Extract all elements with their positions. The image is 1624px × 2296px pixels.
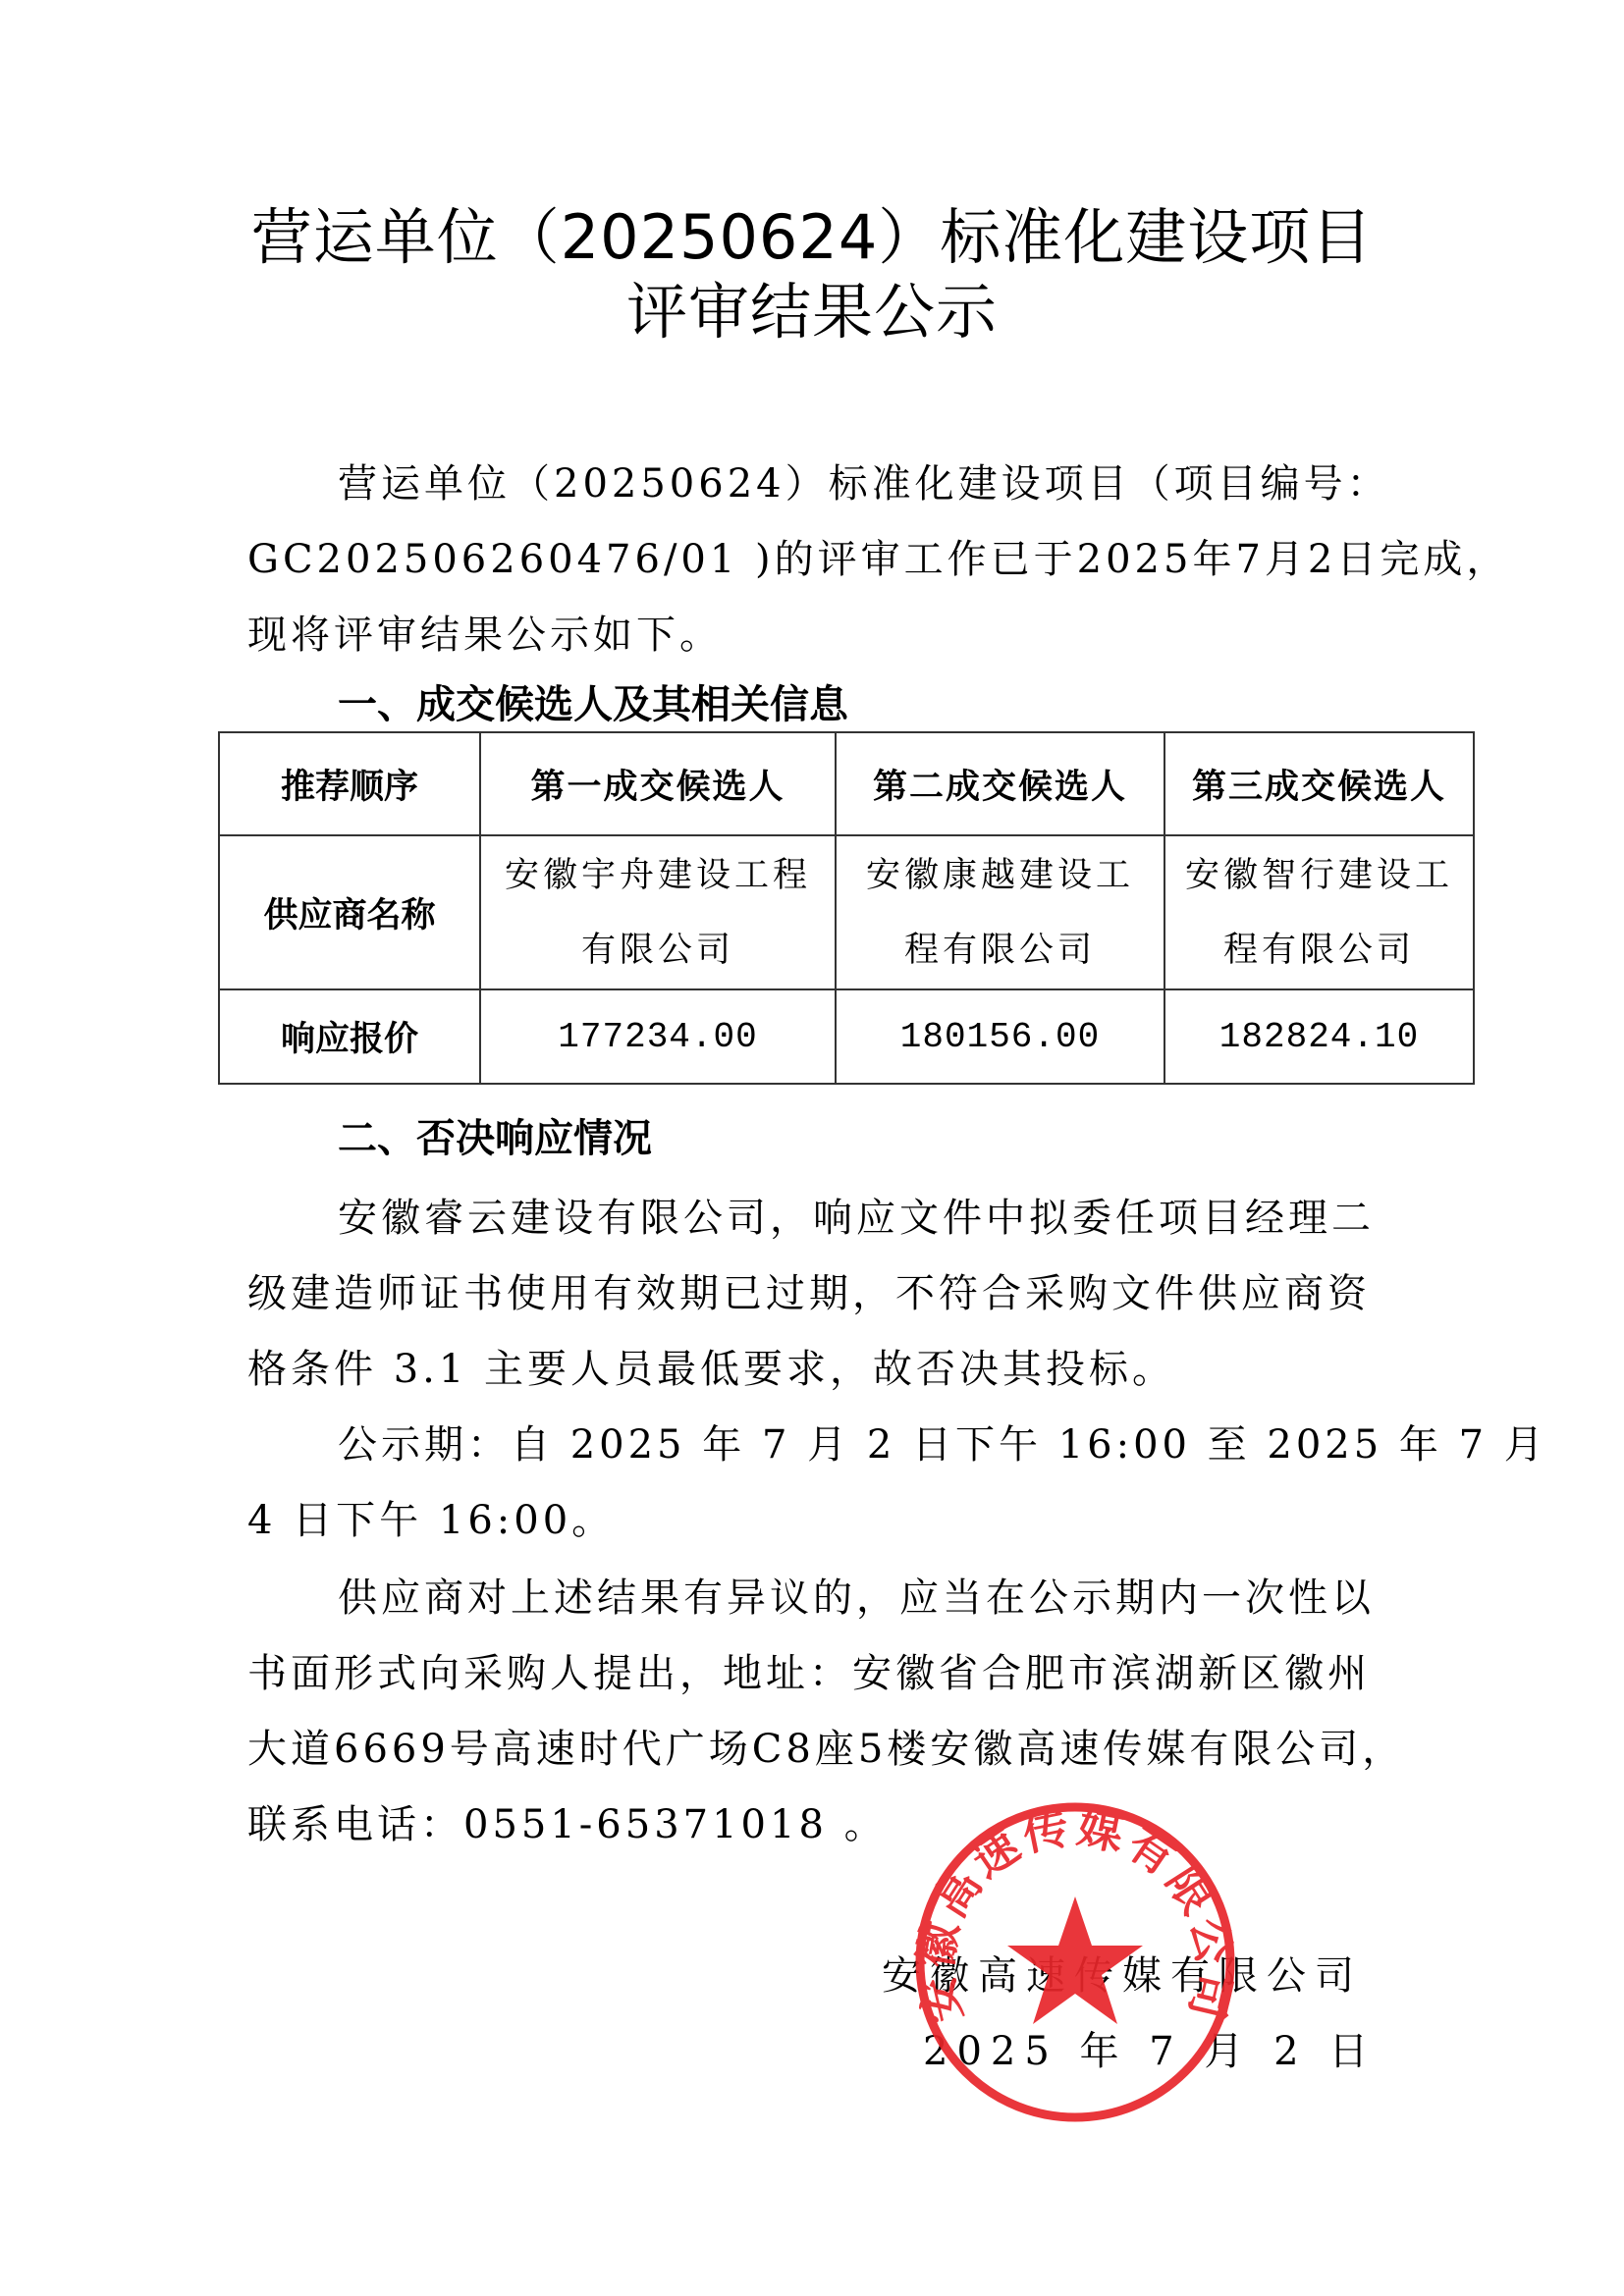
column-header-third: 第三成交候选人 [1164, 732, 1474, 835]
rejection-paragraph: 安徽睿云建设有限公司，响应文件中拟委任项目经理二 级建造师证书使用有效期已过期，… [247, 1181, 1386, 1408]
table-row-price: 响应报价 177234.00 180156.00 182824.10 [219, 989, 1474, 1084]
rejection-line: 级建造师证书使用有效期已过期，不符合采购文件供应商资 [247, 1256, 1386, 1332]
price-third: 182824.10 [1164, 989, 1474, 1084]
table-row-order: 推荐顺序 第一成交候选人 第二成交候选人 第三成交候选人 [219, 732, 1474, 835]
supplier-name-first: 安徽宇舟建设工程 有限公司 [480, 835, 836, 989]
period-line: 4 日下午 16:00。 [247, 1483, 1386, 1559]
period-line: 公示期：自 2025 年 7 月 2 日下午 16:00 至 2025 年 7 … [247, 1408, 1386, 1483]
supplier-name-line: 安徽智行建设工 [1165, 838, 1473, 913]
publicity-period-paragraph: 公示期：自 2025 年 7 月 2 日下午 16:00 至 2025 年 7 … [247, 1408, 1386, 1559]
supplier-name-line: 安徽康越建设工 [837, 838, 1164, 913]
supplier-name-line: 程有限公司 [837, 913, 1164, 988]
candidates-table: 推荐顺序 第一成交候选人 第二成交候选人 第三成交候选人 供应商名称 安徽宇舟建… [218, 731, 1475, 1085]
row-label-supplier: 供应商名称 [219, 835, 480, 989]
intro-line: 营运单位（20250624）标准化建设项目（项目编号： [247, 447, 1386, 522]
supplier-name-second: 安徽康越建设工 程有限公司 [836, 835, 1164, 989]
company-seal: 安徽高速传媒有限公司 [911, 1798, 1239, 2126]
supplier-name-third: 安徽智行建设工 程有限公司 [1164, 835, 1474, 989]
row-label-price: 响应报价 [219, 989, 480, 1084]
section2-heading: 二、否决响应情况 [338, 1109, 652, 1168]
rejection-line: 安徽睿云建设有限公司，响应文件中拟委任项目经理二 [247, 1181, 1386, 1256]
intro-paragraph: 营运单位（20250624）标准化建设项目（项目编号： GC2025062604… [247, 447, 1386, 673]
price-second: 180156.00 [836, 989, 1164, 1084]
star-icon [1007, 1896, 1143, 2024]
document-title-line2: 评审结果公示 [0, 275, 1624, 349]
row-label-order: 推荐顺序 [219, 732, 480, 835]
document-page: 营运单位（20250624）标准化建设项目 评审结果公示 营运单位（202506… [0, 0, 1624, 2296]
supplier-name-line: 程有限公司 [1165, 913, 1473, 988]
intro-line: GC202506260476/01 )的评审工作已于2025年7月2日完成， [247, 522, 1386, 598]
supplier-name-line: 有限公司 [481, 913, 835, 988]
intro-line: 现将评审结果公示如下。 [247, 598, 1386, 673]
table-row-supplier: 供应商名称 安徽宇舟建设工程 有限公司 安徽康越建设工 程有限公司 安徽智行建设… [219, 835, 1474, 989]
supplier-name-line: 安徽宇舟建设工程 [481, 838, 835, 913]
column-header-first: 第一成交候选人 [480, 732, 836, 835]
rejection-line: 格条件 3.1 主要人员最低要求，故否决其投标。 [247, 1332, 1386, 1408]
objection-line: 书面形式向采购人提出，地址：安徽省合肥市滨湖新区徽州 [247, 1636, 1386, 1712]
column-header-second: 第二成交候选人 [836, 732, 1164, 835]
price-first: 177234.00 [480, 989, 836, 1084]
objection-line: 大道6669号高速时代广场C8座5楼安徽高速传媒有限公司， [247, 1712, 1386, 1788]
objection-line: 供应商对上述结果有异议的，应当在公示期内一次性以 [247, 1561, 1386, 1636]
document-title-line1: 营运单位（20250624）标准化建设项目 [0, 200, 1624, 275]
section1-heading: 一、成交候选人及其相关信息 [338, 675, 848, 734]
